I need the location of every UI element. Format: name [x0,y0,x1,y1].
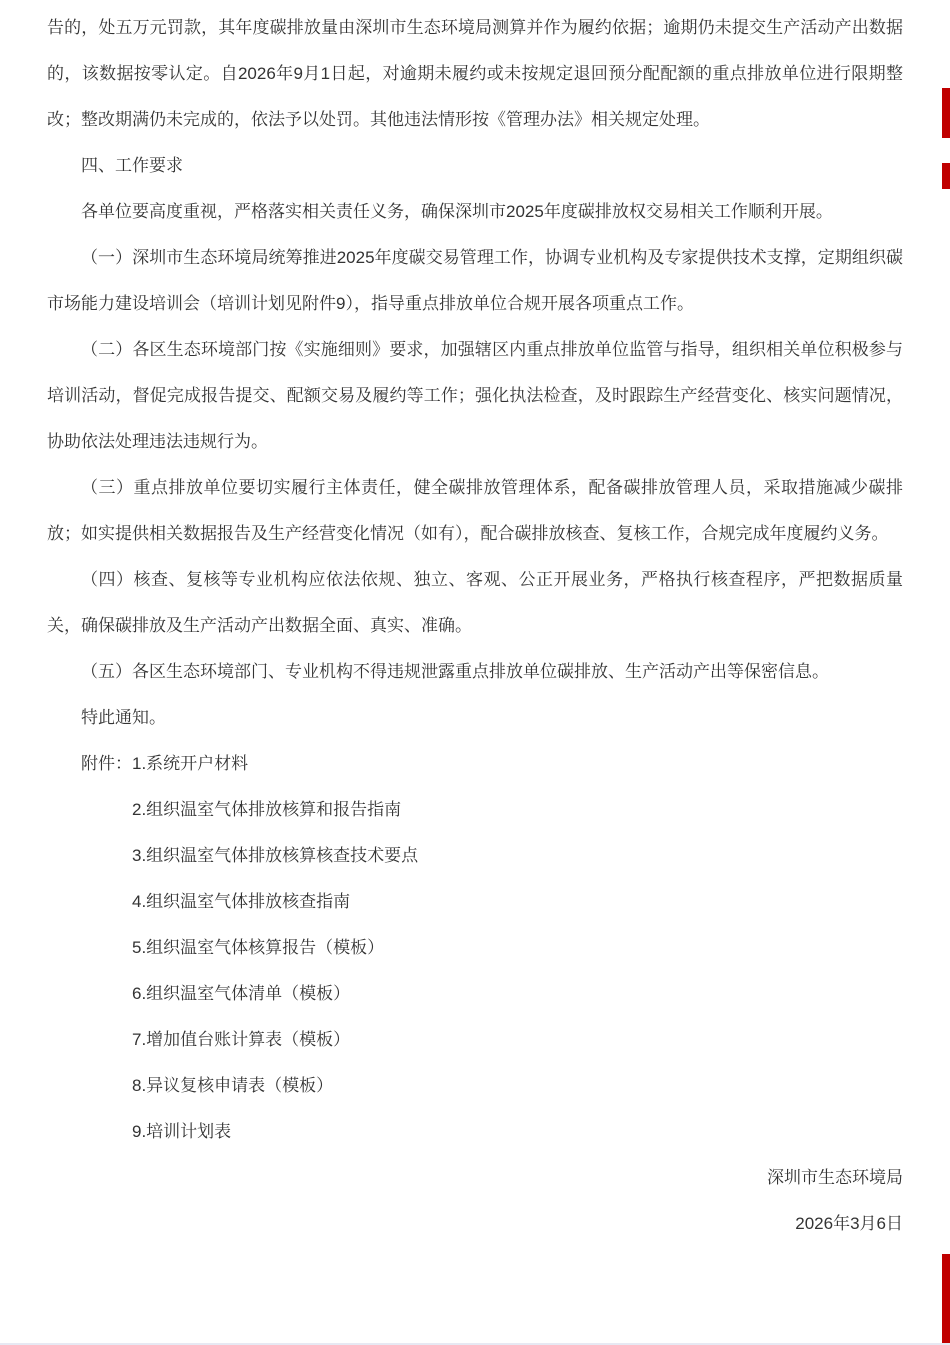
attachment-item: 2.组织温室气体排放核算和报告指南 [132,787,903,833]
signature-date: 2026年3月6日 [47,1201,903,1247]
attachment-item: 3.组织温室气体排放核算核查技术要点 [132,833,903,879]
attachment-item: 7.增加值台账计算表（模板） [132,1017,903,1063]
attachment-item: 9.培训计划表 [132,1109,903,1155]
paragraph-item-1: （一）深圳市生态环境局统筹推进2025年度碳交易管理工作，协调专业机构及专家提供… [47,235,903,327]
scrollbar-highlight-marker [942,88,950,138]
section-heading-4: 四、工作要求 [47,143,903,189]
scrollbar-highlight-marker [942,1254,950,1345]
paragraph-item-5: （五）各区生态环境部门、专业机构不得违规泄露重点排放单位碳排放、生产活动产出等保… [47,649,903,695]
paragraph-item-3: （三）重点排放单位要切实履行主体责任，健全碳排放管理体系，配备碳排放管理人员，采… [47,465,903,557]
paragraph: 各单位要高度重视，严格落实相关责任义务，确保深圳市2025年度碳排放权交易相关工… [47,189,903,235]
document-page: 告的，处五万元罚款，其年度碳排放量由深圳市生态环境局测算并作为履约依据；逾期仍未… [0,0,950,1345]
attachment-item: 5.组织温室气体核算报告（模板） [132,925,903,971]
document-body: 告的，处五万元罚款，其年度碳排放量由深圳市生态环境局测算并作为履约依据；逾期仍未… [0,0,950,1247]
paragraph-item-4: （四）核查、复核等专业机构应依法依规、独立、客观、公正开展业务，严格执行核查程序… [47,557,903,649]
attachment-label: 附件：1.系统开户材料 [47,741,903,787]
attachment-item: 6.组织温室气体清单（模板） [132,971,903,1017]
paragraph-continuation: 告的，处五万元罚款，其年度碳排放量由深圳市生态环境局测算并作为履约依据；逾期仍未… [47,5,903,143]
scrollbar-highlight-marker [942,163,950,189]
paragraph-item-2: （二）各区生态环境部门按《实施细则》要求，加强辖区内重点排放单位监管与指导，组织… [47,327,903,465]
paragraph-notice-closing: 特此通知。 [47,695,903,741]
attachment-item: 4.组织温室气体排放核查指南 [132,879,903,925]
signature-org: 深圳市生态环境局 [47,1155,903,1201]
attachment-item: 8.异议复核申请表（模板） [132,1063,903,1109]
